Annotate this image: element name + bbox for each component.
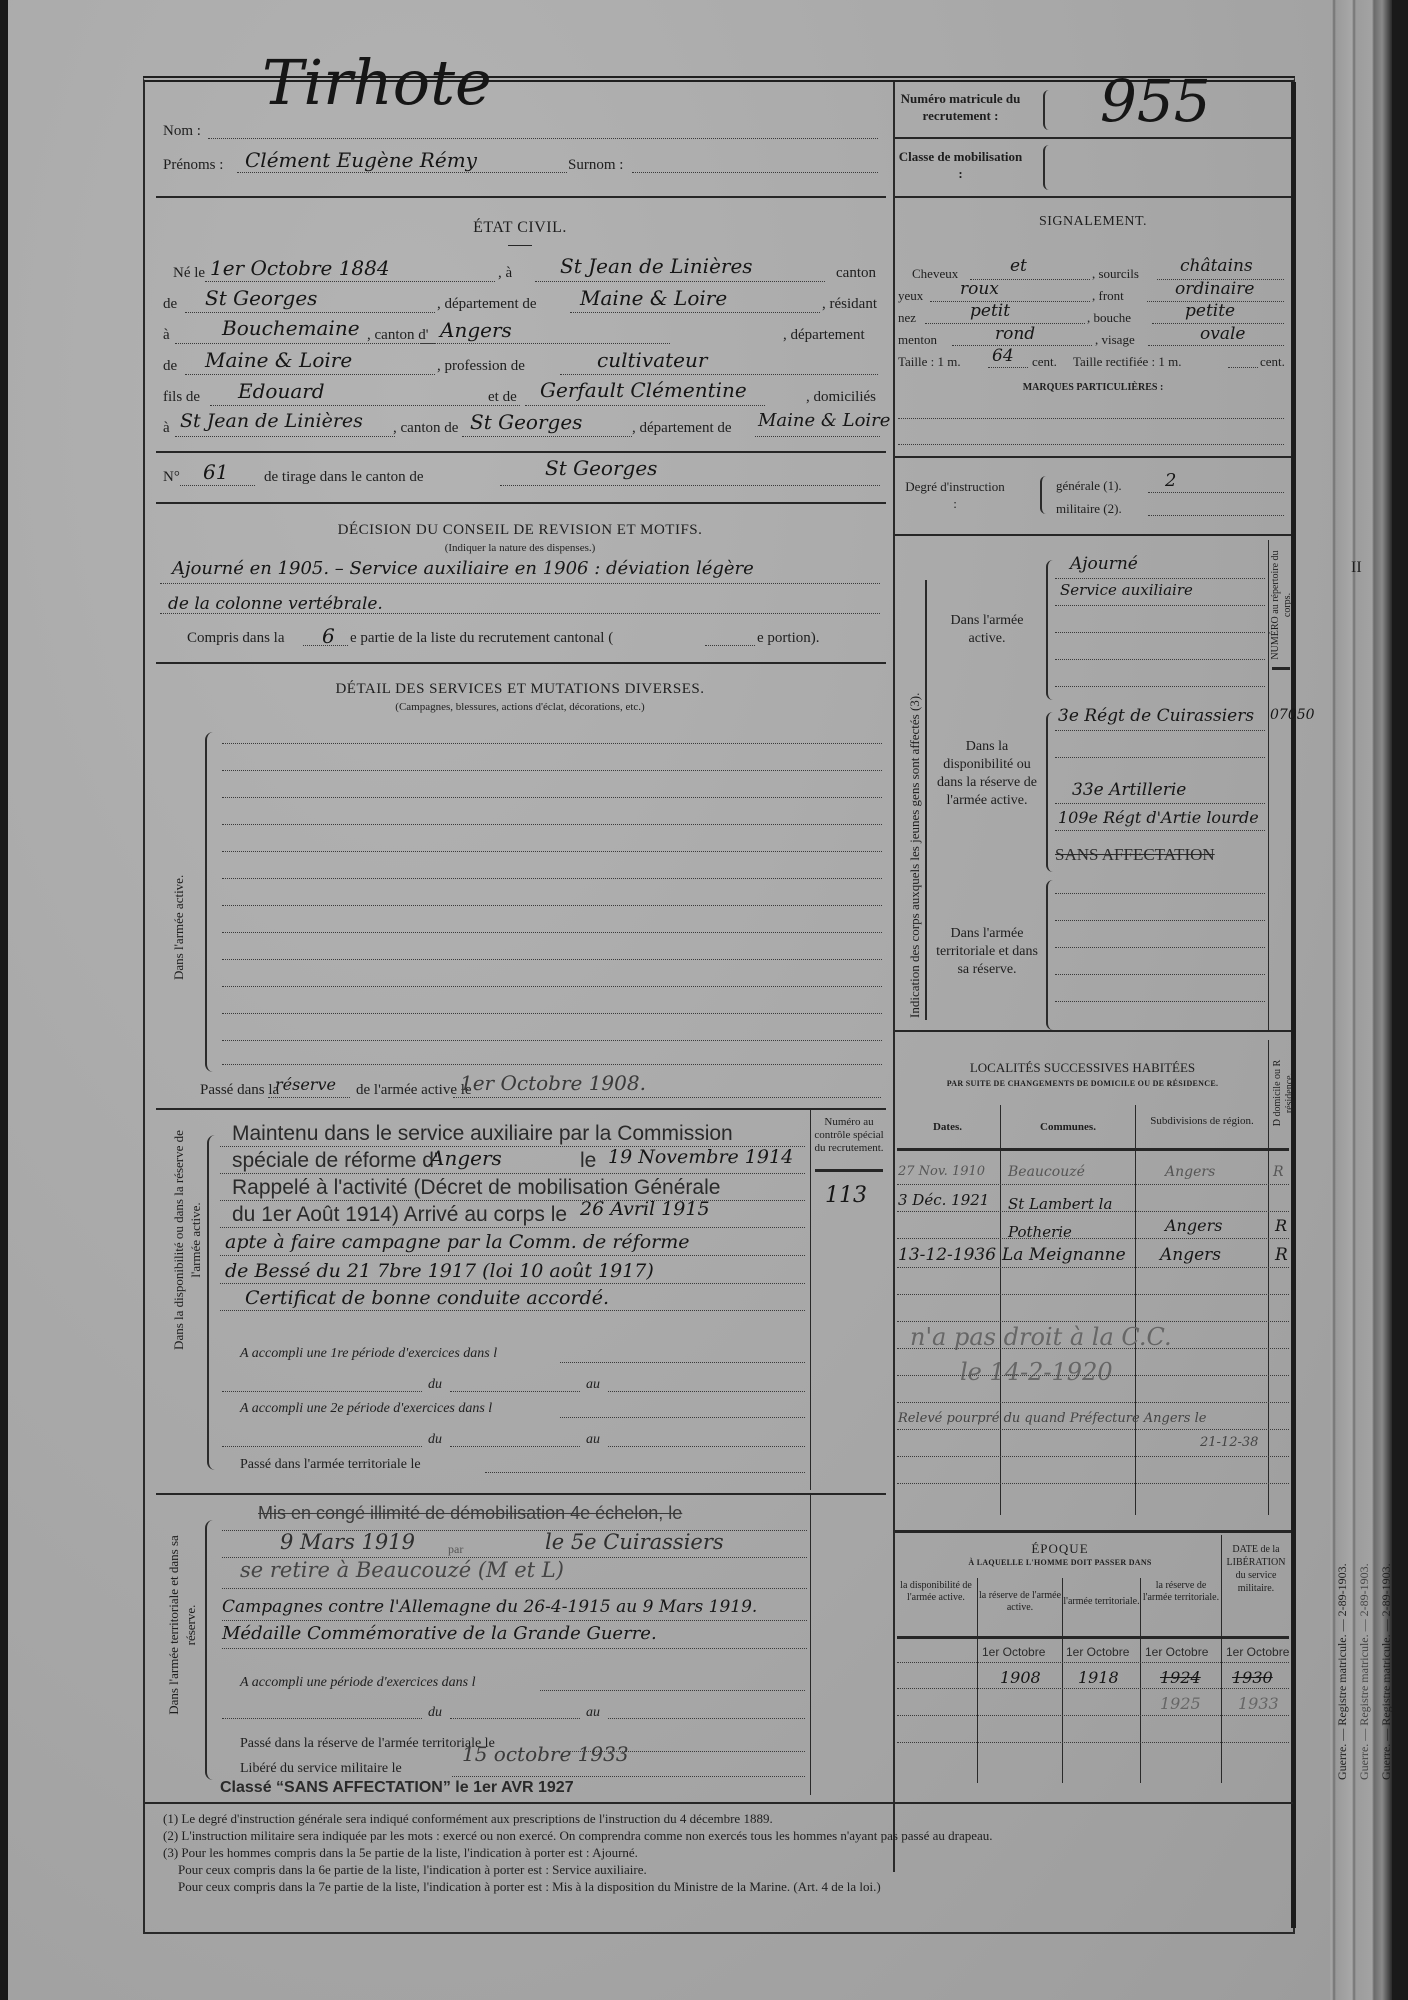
tirage-no-line — [180, 485, 255, 486]
dispo-numero-divider — [810, 1110, 811, 1490]
taille-label: Taille : 1 m. — [898, 355, 961, 368]
libere-value: 15 octobre 1933 — [462, 1744, 629, 1764]
passe-reserve-line — [268, 1097, 350, 1098]
instruction-brace — [1040, 476, 1046, 514]
cheveux-label: Cheveux — [912, 267, 958, 280]
dispo-vertical-label: Dans la disponibilité ou dans la réserve… — [170, 1110, 204, 1370]
epoque-col-3 — [1140, 1578, 1141, 1783]
corps-numero-divider — [1268, 540, 1269, 1030]
revision-subtitle: (Indiquer la nature des dispenses.) — [150, 543, 890, 554]
profession-label: , profession de — [437, 359, 525, 374]
terri-brace — [205, 1520, 213, 1780]
armee-active-line-2 — [1055, 605, 1265, 606]
residence-canton-value: Angers — [440, 320, 512, 340]
cheveux-value: et — [1010, 258, 1027, 275]
terri-rule-5 — [222, 1648, 807, 1649]
epoque-line-2 — [897, 1688, 1289, 1689]
services-active-label: Dans l'armée active. — [172, 875, 185, 980]
epoque-label-4: 1er Octobre — [1145, 1646, 1208, 1658]
territoriale-corps-line-3 — [1055, 947, 1265, 948]
footnote-2: (2) L'instruction militaire sera indiqué… — [163, 1829, 993, 1842]
taille-rect-line — [1228, 367, 1258, 368]
militaire-line — [1148, 515, 1284, 516]
loc-row1-commune: Beaucouzé — [1008, 1165, 1085, 1179]
loc-row3-commune: La Meignanne — [1002, 1247, 1126, 1264]
bouche-value: petite — [1185, 303, 1235, 320]
periode1-au-line-a — [450, 1391, 580, 1392]
loc-line-6 — [897, 1321, 1289, 1322]
epoque-label-3: 1er Octobre — [1066, 1646, 1129, 1658]
dispo-stamp-line3: Rappelé à l'activité (Décret de mobilisa… — [232, 1177, 720, 1198]
loc-row1-date: 27 Nov. 1910 — [898, 1165, 985, 1178]
loc-row3-subdivision: Angers — [1160, 1247, 1221, 1264]
armee-active-line-5 — [1055, 686, 1265, 687]
footnotes-divider — [145, 1802, 1293, 1804]
visage-label: , visage — [1095, 333, 1135, 346]
epoque-header-2: la réserve de l'armée active. — [978, 1590, 1062, 1614]
lieu-naissance: St Jean de Linières — [560, 256, 753, 276]
profession-value: cultivateur — [597, 350, 707, 370]
revision-divider — [156, 662, 886, 664]
libere-line — [452, 1776, 805, 1777]
departement2-label: , département — [783, 328, 865, 343]
mere-line — [525, 405, 765, 406]
instruction-divider — [895, 534, 1291, 536]
localites-header-rule — [897, 1148, 1289, 1151]
armee-active-line-1 — [1055, 578, 1265, 579]
epoque-year-4: 1924 — [1160, 1670, 1201, 1686]
parents-lieu-line — [175, 436, 395, 437]
epoque-header-5: DATE de la LIBÉRATION du service militai… — [1222, 1543, 1290, 1595]
services-subtitle: (Campagnes, blessures, actions d'éclat, … — [150, 702, 890, 713]
tirage-no-label: N° — [163, 470, 180, 485]
loc-line-11 — [897, 1456, 1289, 1457]
signalement-divider — [895, 456, 1291, 458]
periode1-au: au — [586, 1378, 600, 1392]
residence-dep-line — [185, 374, 435, 375]
identity-divider — [156, 196, 886, 198]
loc-line-10 — [897, 1429, 1289, 1430]
menton-value: rond — [995, 326, 1035, 343]
pere-line — [210, 405, 520, 406]
armee-active-brace — [1046, 560, 1053, 700]
taille-value: 64 — [992, 348, 1014, 365]
footnote-5: Pour ceux compris dans la 7e partie de l… — [178, 1880, 881, 1893]
terri-demob-date: 9 Mars 1919 — [280, 1532, 415, 1553]
profession-line — [560, 374, 878, 375]
loc-row3-type: R — [1275, 1247, 1288, 1264]
tirage-label: de tirage dans le canton de — [264, 470, 424, 485]
parents-canton-line — [462, 436, 632, 437]
localites-title: LOCALITÉS SUCCESSIVES HABITÉES — [895, 1061, 1270, 1074]
territoriale-corps-line-5 — [1055, 1001, 1265, 1002]
dispo-reforme-place: Angers — [430, 1148, 502, 1168]
periode2-au-line — [608, 1446, 805, 1447]
loc-line-5 — [897, 1294, 1289, 1295]
loc-row1-subdivision: Angers — [1165, 1165, 1215, 1179]
terri-du: du — [428, 1706, 442, 1720]
armee-active-label: Dans l'armée active. — [932, 612, 1042, 648]
taille-line — [988, 367, 1028, 368]
terri-periode-line — [540, 1690, 805, 1691]
localites-col-2 — [1135, 1105, 1136, 1515]
parents-lieu-value: St Jean de Linières — [180, 412, 363, 431]
territoriale-label: Passé dans l'armée territoriale le — [240, 1458, 421, 1472]
territoriale-corps-label: Dans l'armée territoriale et dans sa rés… — [932, 925, 1042, 979]
margin-marker: II — [1351, 560, 1362, 576]
terri-au-line-a — [450, 1718, 580, 1719]
terri-right-divider — [810, 1495, 811, 1795]
matricule-numero: 955 — [1100, 72, 1211, 130]
ne-le-line — [205, 281, 495, 282]
loc-note-2: le 14-2-1920 — [960, 1360, 1113, 1384]
localites-col-communes: Communes. — [1001, 1122, 1135, 1133]
terri-retire: se retire à Beaucouzé (M et L) — [240, 1560, 564, 1581]
tirage-divider — [156, 502, 886, 504]
dispo-hw-line7: Certificat de bonne conduite accordé. — [245, 1289, 609, 1308]
localites-col-subdivisions: Subdivisions de région. — [1136, 1115, 1268, 1128]
parents-departement-label: , département de — [632, 421, 732, 436]
fils-de-label: fils de — [163, 390, 200, 405]
canton-line — [185, 312, 435, 313]
periode1-label: A accompli une 1re période d'exercices d… — [240, 1347, 497, 1361]
epoque-year-3: 1918 — [1078, 1670, 1119, 1686]
revision-line2-rule — [160, 613, 880, 614]
epoque-header-3: l'armée territoriale. — [1063, 1596, 1140, 1608]
yeux-line — [930, 301, 1090, 302]
dispo-stamp-line4: du 1er Août 1914) Arrivé au corps le — [232, 1204, 567, 1225]
generale-line — [1148, 492, 1284, 493]
residence-line — [175, 343, 435, 344]
loc-line-7 — [897, 1348, 1289, 1349]
right-border-thick — [1291, 82, 1296, 1928]
loc-line-2 — [897, 1211, 1289, 1212]
matricule-brace — [1043, 90, 1049, 130]
classe-divider — [895, 196, 1291, 198]
services-title: DÉTAIL DES SERVICES ET MUTATIONS DIVERSE… — [150, 682, 890, 697]
de2-label: de — [163, 359, 177, 374]
periode2-line — [560, 1417, 805, 1418]
territoriale-corps-line-2 — [1055, 920, 1265, 921]
disponibilite-brace — [1046, 712, 1053, 872]
epoque-line-3 — [897, 1715, 1289, 1716]
residence-a-label: à — [163, 328, 170, 343]
residant-label: , résidant — [822, 297, 877, 312]
residence-departement-value: Maine & Loire — [205, 350, 352, 370]
lieu-line — [535, 281, 825, 282]
footnote-1: (1) Le degré d'instruction générale sera… — [163, 1812, 773, 1825]
dispo-rule-4 — [220, 1227, 805, 1228]
terri-au: au — [586, 1706, 600, 1720]
a-label: , à — [498, 266, 512, 281]
front-label: , front — [1092, 289, 1124, 302]
parents-departement-value: Maine & Loire — [758, 412, 890, 430]
sourcils-value: châtains — [1180, 258, 1253, 275]
footnote-4: Pour ceux compris dans la 6e partie de l… — [178, 1863, 647, 1876]
loc-note-3: Relevé pourpré du quand Préfecture Anger… — [898, 1412, 1206, 1425]
dispo-numero: 113 — [825, 1185, 867, 1207]
loc-row1-type: R — [1273, 1165, 1284, 1179]
nom-value: Tirhote — [262, 52, 492, 114]
nez-label: nez — [898, 311, 916, 324]
epoque-corrected-5: 1933 — [1238, 1696, 1279, 1712]
disponibilite-numero: 07050 — [1270, 708, 1315, 722]
epoque-label-5: 1er Octobre — [1226, 1646, 1289, 1658]
disponibilite-line-1 — [1055, 730, 1265, 731]
prenoms-value: Clément Eugène Rémy — [245, 150, 477, 170]
etat-civil-title: ÉTAT CIVIL. — [150, 220, 890, 236]
loc-note-1: n'a pas droit à la C.C. — [910, 1325, 1172, 1349]
epoque-label-2: 1er Octobre — [982, 1646, 1045, 1658]
tirage-canton-line — [500, 485, 880, 486]
corps-numero-rule — [1272, 667, 1290, 670]
classe-brace — [1043, 145, 1049, 190]
portion-line — [705, 645, 755, 646]
terri-demob-unit: le 5e Cuirassiers — [545, 1532, 724, 1553]
partie-suffix: e partie de la liste du recrutement cant… — [350, 631, 613, 646]
visage-value: ovale — [1200, 326, 1245, 343]
epoque-corrected-4: 1925 — [1160, 1696, 1201, 1712]
parents-canton-label: , canton de — [393, 421, 458, 436]
dispo-stamp-line1: Maintenu dans le service auxiliaire par … — [232, 1123, 733, 1144]
dispo-reforme-date: 19 Novembre 1914 — [608, 1148, 793, 1167]
matricule-divider — [895, 137, 1291, 139]
loc-row2-subdivision: Angers — [1165, 1218, 1222, 1234]
periode2-au: au — [586, 1433, 600, 1447]
loc-line-12 — [897, 1483, 1289, 1484]
imprint-footer-1: Guerre. — Registre matricule. — 2-89-190… — [1336, 1563, 1348, 1780]
periode2-label: A accompli une 2e période d'exercices da… — [240, 1402, 492, 1416]
instruction-label: Degré d'instruction : — [905, 478, 1005, 512]
ne-le-label: Né le — [173, 266, 205, 281]
armee-active-line-4 — [1055, 659, 1265, 660]
loc-row3-date: 13-12-1936 — [898, 1247, 996, 1264]
nom-line — [208, 138, 878, 139]
dispo-numero-rule — [815, 1169, 883, 1172]
periode1-au-line — [608, 1391, 805, 1392]
passe-reserve-date-line — [453, 1097, 881, 1098]
yeux-value: roux — [960, 281, 999, 298]
disponibilite-line-3 — [1055, 803, 1265, 804]
dispo-divider — [156, 1493, 886, 1495]
passe-reserve-date: 1er Octobre 1908. — [460, 1073, 646, 1093]
loc-line-4 — [897, 1267, 1289, 1268]
date-naissance: 1er Octobre 1884 — [210, 258, 390, 278]
localites-col-3 — [1268, 1040, 1269, 1515]
parents-dep-line — [755, 436, 880, 437]
epoque-header-1: la disponibilité de l'armée active. — [895, 1580, 977, 1604]
corps-brace-line — [925, 580, 927, 1020]
taille-rect-label: Taille rectifiée : 1 m. — [1073, 355, 1181, 368]
compris-label: Compris dans la — [187, 631, 285, 646]
armee-active-1: Ajourné — [1070, 556, 1138, 573]
mere-value: Gerfault Clémentine — [540, 380, 747, 400]
localites-divider — [895, 1530, 1291, 1533]
loc-row2-type: R — [1275, 1218, 1287, 1234]
territoriale-corps-brace — [1046, 880, 1053, 1030]
dispo-numero-header: Numéro au contrôle spécial du recrutemen… — [813, 1116, 885, 1155]
pere-value: Edouard — [238, 381, 325, 401]
etat-civil-divider — [156, 451, 886, 453]
loc-line-1 — [897, 1184, 1289, 1185]
nom-label: Nom : — [163, 124, 201, 139]
periode2-du-line — [222, 1446, 422, 1447]
periode1-du: du — [428, 1378, 442, 1392]
corps-vertical-label: Indication des corps auxquels les jeunes… — [908, 693, 921, 1018]
epoque-line-4 — [897, 1742, 1289, 1743]
passe-reserve-label: Passé dans la — [200, 1083, 279, 1098]
dispo-arrive-date: 26 Avril 1915 — [580, 1200, 710, 1219]
marques-line-2 — [898, 444, 1284, 445]
corps-divider — [895, 1030, 1291, 1032]
dispo-hw-line5: apte à faire campagne par la Comm. de ré… — [225, 1233, 689, 1252]
passe-reserve-mid: de l'armée active le — [356, 1083, 472, 1098]
menton-label: menton — [898, 333, 937, 346]
disponibilite-line-4 — [1055, 830, 1265, 831]
armee-active-line-3 — [1055, 632, 1265, 633]
partie-value: 6 — [322, 626, 335, 646]
terri-medaille: Médaille Commémorative de la Grande Guer… — [222, 1625, 657, 1643]
signalement-title: SIGNALEMENT. — [895, 215, 1291, 229]
epoque-year-5: 1930 — [1232, 1670, 1273, 1686]
dispo-rule-3 — [220, 1200, 805, 1201]
portion-suffix: e portion). — [757, 631, 819, 646]
dispo-rule-7 — [220, 1310, 805, 1311]
terri-au-line — [608, 1718, 805, 1719]
surnom-label: Surnom : — [568, 158, 623, 173]
classe-sans-affectation-stamp: Classé “SANS AFFECTATION” le 1er AVR 192… — [220, 1780, 574, 1796]
terri-periode-label: A accompli une période d'exercices dans … — [240, 1676, 475, 1690]
tirage-canton-value: St Georges — [545, 458, 657, 478]
residence-canton-line — [420, 343, 670, 344]
departement-value: Maine & Loire — [580, 288, 727, 308]
loc-note-3-date: 21-12-38 — [1200, 1436, 1258, 1449]
dispo-le: le — [580, 1150, 596, 1171]
canton-d-label: , canton d' — [367, 328, 428, 343]
epoque-header-rule — [897, 1636, 1289, 1639]
terri-campagnes: Campagnes contre l'Allemagne du 26-4-191… — [222, 1599, 757, 1616]
marques-title: MARQUES PARTICULIÈRES : — [895, 383, 1291, 393]
dispo-hw-line6: de Bessé du 21 7bre 1917 (loi 10 août 19… — [225, 1262, 654, 1281]
matricule-label: Numéro matricule du recrutement : — [898, 90, 1023, 124]
periode1-line — [560, 1362, 805, 1363]
territoriale-corps-line-4 — [1055, 974, 1265, 975]
disponibilite-2: 33e Artillerie — [1072, 782, 1186, 799]
departement-label: , département de — [437, 297, 537, 312]
bouche-label: , bouche — [1087, 311, 1131, 324]
generale-label: générale (1). — [1056, 479, 1122, 492]
terri-rule-3 — [222, 1588, 807, 1589]
epoque-header-4: la réserve de l'armée territoriale. — [1141, 1580, 1221, 1604]
territoriale-corps-line-1 — [1055, 893, 1265, 894]
periode1-du-line — [222, 1391, 422, 1392]
loc-line-8 — [897, 1375, 1289, 1376]
canton-value: St Georges — [205, 288, 317, 308]
armee-active-2: Service auxiliaire — [1060, 583, 1193, 598]
terri-rule-4 — [222, 1620, 807, 1621]
epoque-year-2: 1908 — [1000, 1670, 1041, 1686]
classe-label: Classe de mobilisation : — [898, 148, 1023, 182]
tirage-no-value: 61 — [203, 462, 228, 482]
terri-vertical-label: Dans l'armée territoriale et dans sa rés… — [165, 1515, 199, 1735]
de-label: de — [163, 297, 177, 312]
disponibilite-4: SANS AFFECTATION — [1055, 846, 1215, 863]
periode2-au-line-a — [450, 1446, 580, 1447]
et-de-label: et de — [488, 390, 517, 405]
surnom-line — [632, 172, 878, 173]
revision-line1-rule — [160, 583, 880, 584]
services-active-brace — [205, 732, 213, 1072]
disponibilite-line-2 — [1055, 757, 1265, 758]
dispo-rule-5 — [220, 1255, 805, 1256]
revision-line1: Ajourné en 1905. – Service auxiliaire en… — [172, 560, 754, 578]
localites-subtitle: PAR SUITE DE CHANGEMENTS DE DOMICILE OU … — [895, 1080, 1270, 1088]
disponibilite-label: Dans la disponibilité ou dans la réserve… — [932, 738, 1042, 810]
parents-canton-value: St Georges — [470, 412, 582, 432]
front-value: ordinaire — [1175, 281, 1254, 298]
revision-line2: de la colonne vertébrale. — [168, 596, 383, 613]
imprint-footer-3: Guerre. — Registre matricule. — 2-89-190… — [1380, 1563, 1392, 1780]
domicilies-label: , domiciliés — [806, 390, 876, 405]
services-divider — [156, 1108, 886, 1110]
disponibilite-1: 3e Régt de Cuirassiers — [1058, 708, 1254, 725]
localites-col-1 — [1000, 1105, 1001, 1515]
sourcils-label: , sourcils — [1092, 267, 1139, 280]
parents-a-label: à — [163, 421, 170, 436]
residence-value: Bouchemaine — [222, 318, 360, 338]
libere-label: Libéré du service militaire le — [240, 1762, 402, 1776]
localites-col-dr: D domicile ou R résidence. — [1272, 1048, 1296, 1138]
canton-label: canton — [836, 266, 876, 281]
territoriale-line — [485, 1472, 805, 1473]
cent2-label: cent. — [1260, 355, 1285, 368]
epoque-title: ÉPOQUE — [895, 1542, 1225, 1555]
loc-row2-date: 3 Déc. 1921 — [898, 1193, 989, 1208]
cent-label: cent. — [1032, 355, 1057, 368]
dispo-rule-2 — [220, 1173, 805, 1174]
militaire-label: militaire (2). — [1056, 502, 1122, 515]
dispo-rule-6 — [220, 1283, 805, 1284]
localites-col-dates: Dates. — [895, 1122, 1000, 1133]
passe-reserve-value: réserve — [275, 1077, 336, 1093]
menton-line — [952, 345, 1092, 346]
epoque-subtitle: À LAQUELLE L'HOMME DOIT PASSER DANS — [895, 1559, 1225, 1567]
epoque-line-1 — [897, 1662, 1289, 1663]
dispo-stamp-line2: spéciale de réforme d' — [232, 1150, 438, 1171]
loc-line-9 — [897, 1402, 1289, 1403]
reserve-territoriale-label: Passé dans la réserve de l'armée territo… — [240, 1737, 495, 1751]
periode2-du: du — [428, 1433, 442, 1447]
dispo-brace — [207, 1135, 215, 1470]
marques-line-1 — [898, 418, 1284, 419]
yeux-label: yeux — [898, 289, 923, 302]
visage-line — [1148, 345, 1284, 346]
generale-value: 2 — [1165, 472, 1176, 490]
disponibilite-3: 109e Régt d'Artie lourde — [1058, 810, 1259, 826]
terri-stamp-line1: Mis en congé illimité de démobilisation … — [258, 1504, 682, 1522]
title-rule — [508, 245, 532, 246]
footnote-3: (3) Pour les hommes compris dans la 5e p… — [163, 1846, 638, 1859]
terri-par: par — [448, 1543, 463, 1555]
loc-line-3 — [897, 1238, 1289, 1239]
epoque-col-2 — [1062, 1578, 1063, 1783]
nez-value: petit — [970, 303, 1010, 320]
terri-du-line — [222, 1718, 422, 1719]
corps-numero-header: NUMÉRO au répertoire du corps. — [1270, 550, 1294, 660]
imprint-footer-2: Guerre. — Registre matricule. — 2-89-190… — [1358, 1563, 1370, 1780]
revision-title: DÉCISION DU CONSEIL DE REVISION ET MOTIF… — [150, 523, 890, 538]
departement-line — [570, 312, 820, 313]
